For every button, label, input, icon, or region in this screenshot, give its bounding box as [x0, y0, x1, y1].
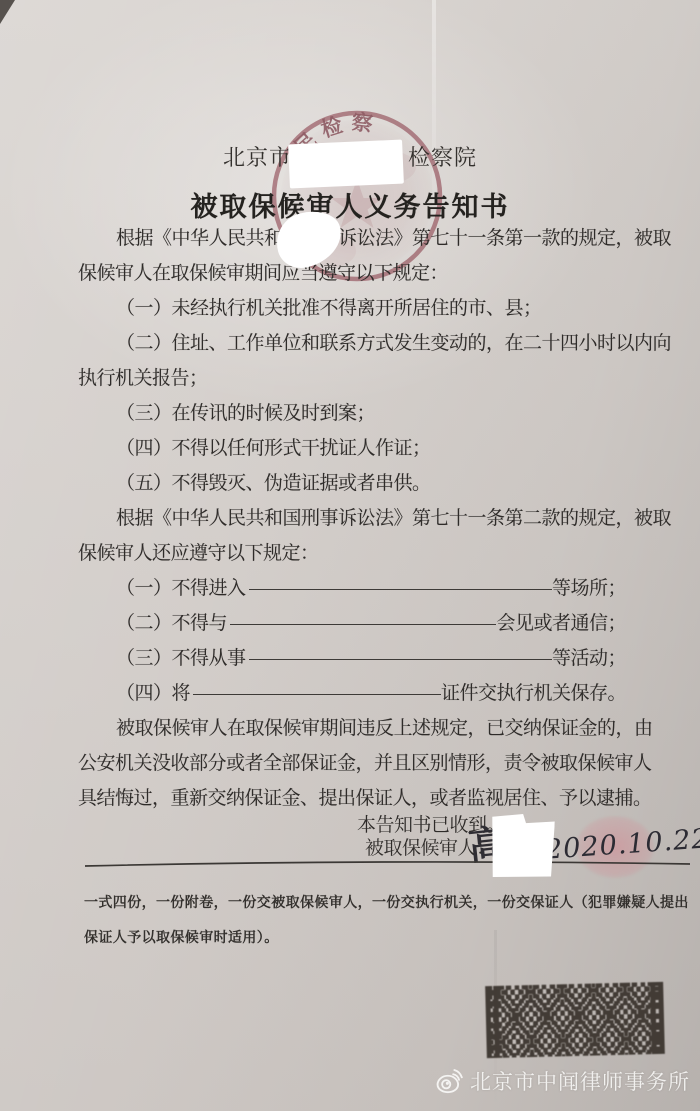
fill-in-blank [249, 589, 552, 590]
redaction-box-signature-name [489, 813, 555, 879]
rule2-item3-prefix: （三）不得从事 [116, 641, 246, 676]
document-photo: 民检察 北京市检察院 被取保候审人义务告知书 根据《中华人民共和国刑事诉讼法》第… [0, 0, 700, 1111]
paragraph2-line1: 根据《中华人民共和国刑事诉讼法》第七十一条第二款的规定，被取 [78, 501, 656, 536]
document-title: 被取保候审人义务告知书 [0, 185, 700, 224]
rule2-item1-prefix: （一）不得进入 [116, 571, 246, 606]
weibo-icon [435, 1067, 463, 1095]
rule2-item3: （三）不得从事等活动； [78, 641, 656, 676]
rule2-item4-prefix: （四）将 [116, 676, 190, 711]
rule2-item2-suffix: 会见或者通信； [496, 606, 626, 641]
redaction-box-issuer-name [288, 140, 404, 189]
distribution-note: 一式四份，一份附卷，一份交被取保候审人，一份交执行机关，一份交保证人（犯罪嫌疑人… [84, 884, 669, 954]
fill-in-blank [230, 624, 496, 625]
rule2-item2-prefix: （二）不得与 [116, 606, 227, 641]
rule2-item3-suffix: 等活动； [552, 641, 626, 676]
fill-in-blank [249, 659, 552, 660]
document-body: 根据《中华人民共和国刑事诉讼法》第七十一条第一款的规定，被取 保候审人在取保候审… [78, 221, 656, 816]
paragraph2-line2: 保候审人还应遵守以下规定： [78, 536, 656, 571]
paragraph3-line1: 被取保候审人在取保候审期间违反上述规定，已交纳保证金的，由 [78, 711, 656, 746]
distribution-note-line1: 一式四份，一份附卷，一份交被取保候审人，一份交执行机关，一份交保证人（犯罪嫌疑人… [84, 884, 669, 919]
issuer-suffix: 检察院 [408, 146, 477, 171]
rule1-item2-line2: 执行机关报告； [78, 361, 656, 396]
paragraph1-line1: 根据《中华人民共和国刑事诉讼法》第七十一条第一款的规定，被取 [78, 221, 656, 256]
rule2-item1-suffix: 等场所； [552, 571, 626, 606]
document-barcode [485, 982, 665, 1058]
rule1-item3: （三）在传讯的时候及时到案； [78, 396, 656, 431]
watermark-text: 北京市中闻律师事务所 [470, 1066, 690, 1096]
fill-in-blank [193, 694, 441, 695]
signature-line [84, 856, 692, 870]
paragraph1-line2: 保候审人在取保候审期间应当遵守以下规定： [78, 256, 656, 291]
rule1-item4: （四）不得以任何形式干扰证人作证； [78, 431, 656, 466]
issuer-prefix: 北京市 [223, 146, 292, 171]
rule2-item2: （二）不得与会见或者通信； [78, 606, 656, 641]
watermark: 北京市中闻律师事务所 [435, 1066, 690, 1096]
distribution-note-line2: 保证人予以取保候审时适用）。 [84, 919, 669, 954]
rule2-item1: （一）不得进入等场所； [78, 571, 656, 606]
photo-corner-artifact [0, 0, 15, 24]
rule2-item4-suffix: 证件交执行机关保存。 [441, 676, 626, 711]
rule1-item1: （一）未经执行机关批准不得离开所居住的市、县； [78, 291, 656, 326]
paragraph3-line2: 公安机关没收部分或者全部保证金，并且区别情形，责令被取保候审人 [78, 746, 656, 781]
rule1-item5: （五）不得毁灭、伪造证据或者串供。 [78, 466, 656, 501]
rule1-item2-line1: （二）住址、工作单位和联系方式发生变动的，在二十四小时以内向 [78, 326, 656, 361]
rule2-item4: （四）将证件交执行机关保存。 [78, 676, 656, 711]
